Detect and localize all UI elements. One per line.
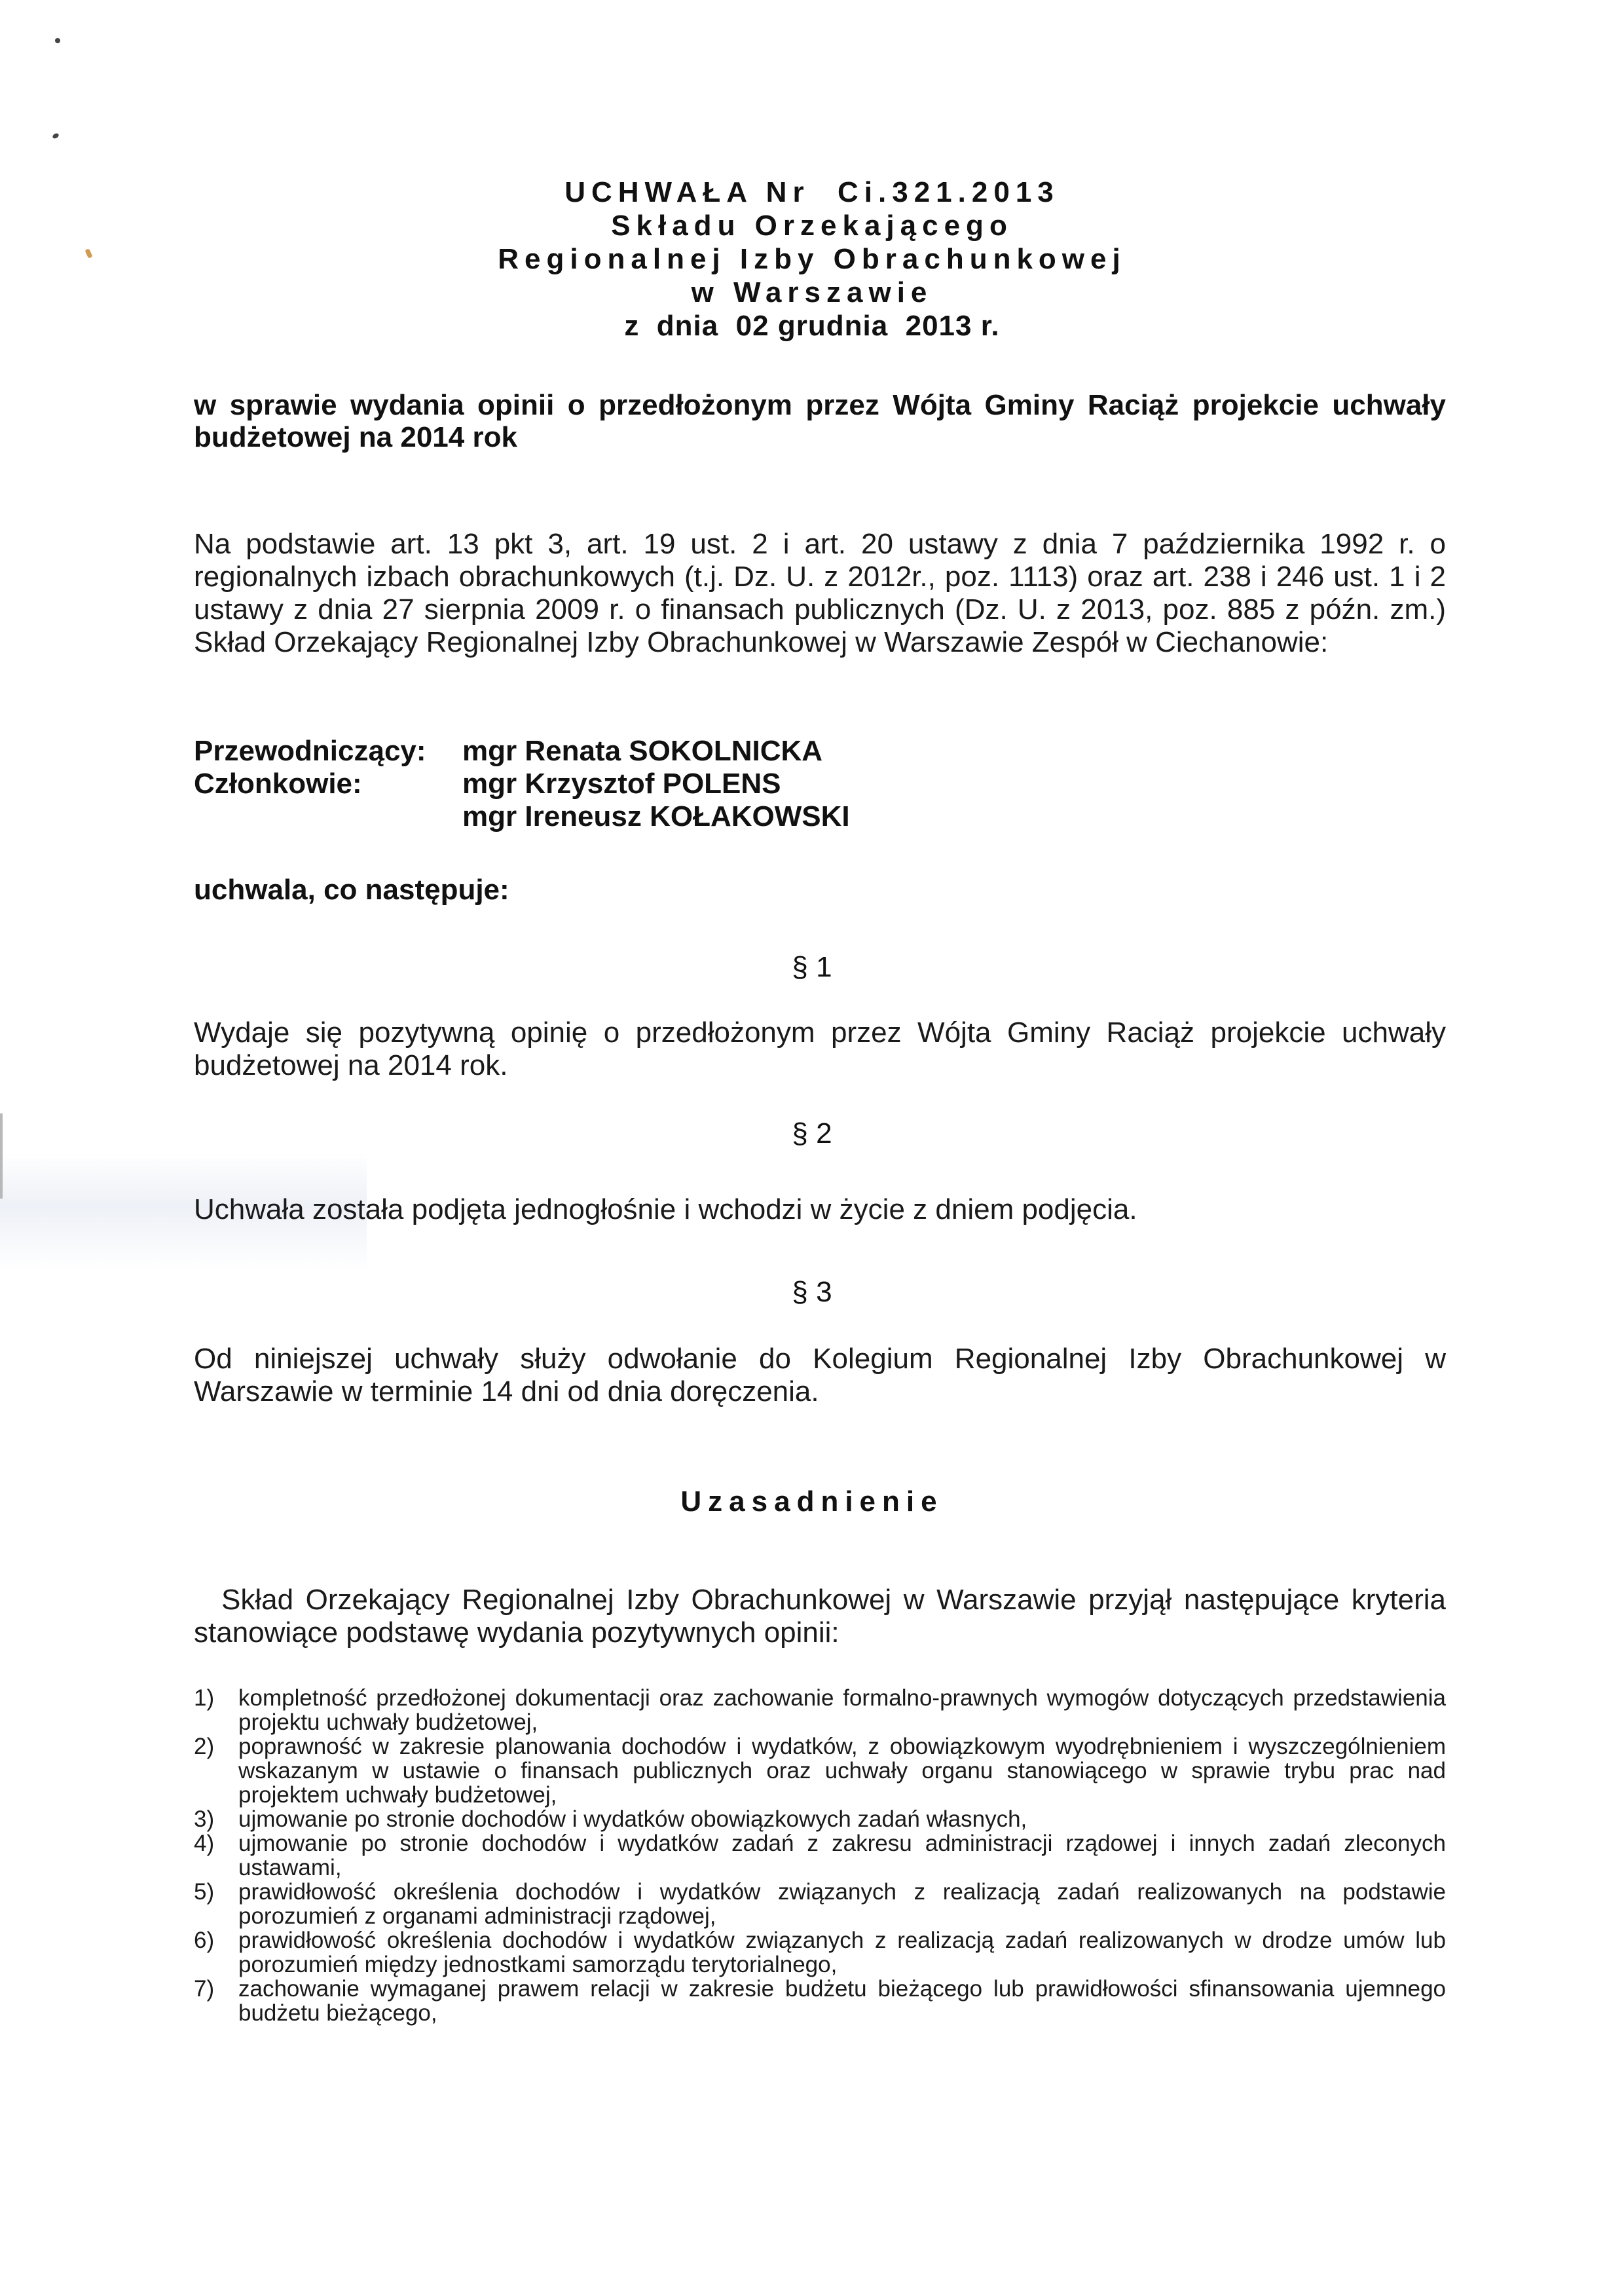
composition-role: Członkowie: (194, 768, 462, 800)
paragraph-3-mark: § 3 (0, 1276, 1624, 1309)
criteria-item: 4) ujmowanie po stronie dochodów i wydat… (194, 1831, 1446, 1880)
document-header: UCHWAŁA Nr Ci.321.2013 Składu Orzekające… (0, 176, 1624, 343)
criteria-list: 1) kompletność przedłożonej dokumentacji… (194, 1686, 1446, 2025)
composition-role (194, 800, 462, 833)
criteria-item: 3) ujmowanie po stronie dochodów i wydat… (194, 1807, 1446, 1831)
composition-member: mgr Ireneusz KOŁAKOWSKI (462, 800, 850, 833)
criteria-text: prawidłowość określenia dochodów i wydat… (238, 1928, 1446, 1977)
criteria-text: kompletność przedłożonej dokumentacji or… (238, 1686, 1446, 1734)
criteria-text: ujmowanie po stronie dochodów i wydatków… (238, 1807, 1446, 1831)
criteria-text: poprawność w zakresie planowania dochodó… (238, 1734, 1446, 1807)
paragraph-3-text: Od niniejszej uchwały służy odwołanie do… (194, 1343, 1446, 1408)
issuer-line-2: Regionalnej Izby Obrachunkowej (0, 242, 1624, 276)
justification-intro: Skład Orzekający Regionalnej Izby Obrach… (194, 1584, 1446, 1649)
criteria-item: 1) kompletność przedłożonej dokumentacji… (194, 1686, 1446, 1734)
issuer-line-3: w Warszawie (0, 276, 1624, 309)
paragraph-1-mark: § 1 (0, 951, 1624, 984)
composition-member: mgr Renata SOKOLNICKA (462, 735, 822, 768)
criteria-item: 6) prawidłowość określenia dochodów i wy… (194, 1928, 1446, 1977)
criteria-number: 7) (194, 1977, 238, 2025)
criteria-item: 5) prawidłowość określenia dochodów i wy… (194, 1880, 1446, 1928)
criteria-text: prawidłowość określenia dochodów i wydat… (238, 1880, 1446, 1928)
panel-composition: Przewodniczący: mgr Renata SOKOLNICKA Cz… (194, 735, 850, 833)
criteria-item: 7) zachowanie wymaganej prawem relacji w… (194, 1977, 1446, 2025)
criteria-number: 1) (194, 1686, 238, 1734)
resolves-clause: uchwala, co następuje: (194, 874, 509, 906)
issuer-line-1: Składu Orzekającego (0, 209, 1624, 242)
criteria-number: 6) (194, 1928, 238, 1977)
document-page: UCHWAŁA Nr Ci.321.2013 Składu Orzekające… (0, 0, 1624, 2295)
composition-role: Przewodniczący: (194, 735, 462, 768)
justification-title: Uzasadnienie (0, 1485, 1624, 1518)
paragraph-2-text: Uchwała została podjęta jednogłośnie i w… (194, 1193, 1446, 1226)
criteria-number: 5) (194, 1880, 238, 1928)
legal-basis: Na podstawie art. 13 pkt 3, art. 19 ust.… (194, 528, 1446, 659)
composition-row-chair: Przewodniczący: mgr Renata SOKOLNICKA (194, 735, 850, 768)
criteria-item: 2) poprawność w zakresie planowania doch… (194, 1734, 1446, 1807)
composition-row-member: mgr Ireneusz KOŁAKOWSKI (194, 800, 850, 833)
resolution-subject: w sprawie wydania opinii o przedłożonym … (194, 389, 1446, 453)
resolution-title: UCHWAŁA Nr Ci.321.2013 (0, 176, 1624, 209)
criteria-text: ujmowanie po stronie dochodów i wydatków… (238, 1831, 1446, 1880)
criteria-number: 2) (194, 1734, 238, 1807)
paragraph-2-mark: § 2 (0, 1117, 1624, 1150)
criteria-number: 4) (194, 1831, 238, 1880)
criteria-text: zachowanie wymaganej prawem relacji w za… (238, 1977, 1446, 2025)
criteria-number: 3) (194, 1807, 238, 1831)
paragraph-1-text: Wydaje się pozytywną opinię o przedłożon… (194, 1017, 1446, 1082)
composition-member: mgr Krzysztof POLENS (462, 768, 781, 800)
resolution-date: z dnia 02 grudnia 2013 r. (0, 309, 1624, 343)
composition-row-member: Członkowie: mgr Krzysztof POLENS (194, 768, 850, 800)
